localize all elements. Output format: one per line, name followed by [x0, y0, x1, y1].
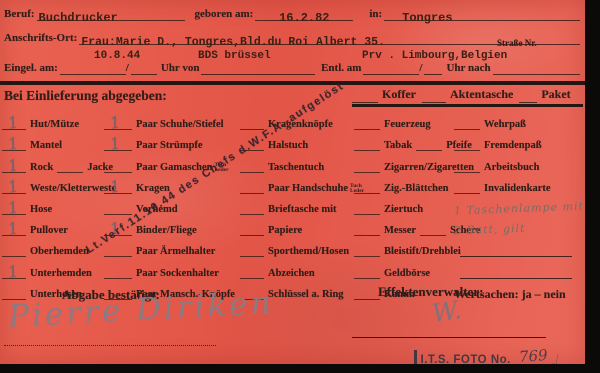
item-label: Abzeichen: [268, 268, 315, 279]
item-label: Paar Strümpfe: [136, 140, 203, 151]
effects-card: Beruf: Buchdrucker geboren am: 16.2.82 i…: [0, 0, 585, 364]
item-row: 1Unterhemden: [2, 260, 104, 281]
eingeliefert-row: Eingel. am: / Uhr von Entl. am / Uhr nac…: [4, 62, 580, 75]
item-row: Taschentuch: [240, 154, 354, 175]
eingel-hour-field: [131, 62, 157, 75]
quantity-field: [354, 141, 380, 151]
photo-backdrop-right: [585, 0, 600, 373]
item-label: Mantel: [30, 140, 62, 151]
item-row: 1Hose: [2, 197, 104, 218]
item-row: 1Weste/Kletterweste: [2, 176, 104, 197]
item-label: Brieftasche mit: [268, 204, 337, 215]
quantity-field: [354, 184, 380, 194]
quantity-field: [354, 120, 380, 130]
quantity-field: [240, 205, 264, 215]
item-label: Unterhemden: [30, 268, 92, 279]
item-label: Schlüssel a. Ring: [268, 289, 344, 300]
quantity-field: [104, 247, 132, 257]
item-label: Feuerzeug: [384, 119, 431, 130]
item-row: [454, 260, 580, 281]
items-column-clothing: 1Hut/Mütze1Mantel1RockJacke1Weste/Klette…: [2, 112, 104, 303]
quantity-field: [354, 163, 380, 173]
quantity-field: [240, 269, 264, 279]
paket-label: Paket: [537, 87, 570, 103]
item-row: Paar Ärmelhalter: [104, 239, 240, 260]
paket-count-field: [519, 92, 537, 103]
quantity-field: [240, 226, 264, 236]
item-row: 1Pullover: [2, 218, 104, 239]
quantity-field: [354, 247, 380, 257]
item-row: 1Hut/Mütze: [2, 112, 104, 133]
item-label: Paar Schuhe/Stiefel: [136, 119, 224, 130]
item-row: Papiere: [240, 218, 354, 239]
items-column-smallitems: FeuerzeugTabakPfeifeZigarren/ZigarettenZ…: [354, 112, 454, 303]
eingel-date-field: [60, 62, 126, 75]
quantity-field: [104, 269, 132, 279]
quantity-field: [240, 184, 264, 194]
item-row: Geldbörse: [354, 260, 454, 281]
item-row: 2 Batt, gilt: [454, 218, 580, 239]
geboren-label: geboren am:: [195, 9, 256, 21]
quantity-field: [354, 226, 380, 236]
container-header: Koffer Aktentasche Paket: [352, 87, 583, 103]
beruf-field: Buchdrucker: [37, 8, 185, 21]
item-label: Invalidenkarte: [484, 183, 551, 194]
verwalter-initials: W.: [430, 295, 463, 328]
item-label: Papiere: [268, 225, 302, 236]
item-label: Paar Handschuhe: [268, 183, 348, 194]
item-row: Fremdenpaß: [454, 133, 580, 154]
item-label: Oberhemden: [30, 246, 89, 257]
province-value: Prv . Limbourg,Belgien: [362, 50, 507, 62]
effektenverwalter-label: Effektenverwalter:: [378, 284, 483, 300]
beruf-row: Beruf: Buchdrucker geboren am: 16.2.82 i…: [4, 8, 580, 21]
handwritten-annotation: 2 Batt, gilt: [454, 222, 526, 237]
item-label: Halstuch: [268, 140, 308, 151]
quantity-field: [240, 120, 264, 130]
quantity-field: [104, 163, 132, 173]
quantity-field: [354, 269, 380, 279]
item-row: Paar Sockenhalter: [104, 260, 240, 281]
item-label: Fremdenpaß: [484, 140, 542, 151]
item-label: Paar Ärmelhalter: [136, 246, 215, 257]
aktentasche-count-field: [422, 92, 446, 103]
item-label: Hose: [30, 204, 52, 215]
section-divider: [0, 81, 585, 85]
item-row: Sporthemd/Hosen: [240, 239, 354, 260]
item-row: 1RockJacke: [2, 154, 104, 175]
uhr-von-label: Uhr von: [161, 63, 202, 75]
item-label: Taschentuch: [268, 162, 324, 173]
item-label: Ziertuch: [384, 204, 423, 215]
item-row: Wehrpaß: [454, 112, 580, 133]
items-column-footwear: 1Paar Schuhe/Stiefel1Paar StrümpfePaar G…: [104, 112, 240, 303]
quantity-field: [454, 184, 480, 194]
koffer-label: Koffer: [378, 87, 418, 103]
quantity-field: [240, 247, 264, 257]
item-row: Abzeichen: [240, 260, 354, 281]
quantity-field: [454, 120, 480, 130]
anschrift-row: Anschrifts-Ort: Frau:Marie D., Tongres,B…: [4, 32, 580, 45]
beruf-label: Beruf:: [4, 9, 37, 21]
item-row: TabakPfeife: [354, 133, 454, 154]
item-label: Pullover: [30, 225, 68, 236]
item-label: Geldbörse: [384, 268, 430, 279]
item-label: Tabak: [384, 140, 412, 151]
item-row: 1Mantel: [2, 133, 104, 154]
quantity-field: [454, 163, 480, 173]
section-heading: Bei Einlieferung abgegeben:: [4, 88, 167, 104]
eingel-label: Eingel. am:: [4, 63, 60, 75]
uhr-nach-label: Uhr nach: [446, 63, 492, 75]
item-row: [454, 239, 580, 260]
strasse-label: Straße Nr.: [497, 38, 537, 48]
item-row: Invalidenkarte: [454, 176, 580, 197]
geboren-value: 16.2.82: [279, 11, 329, 25]
item-label: Arbeitsbuch: [484, 162, 539, 173]
item-label: Wehrpaß: [484, 119, 526, 130]
nach-field: [493, 62, 580, 75]
item-row: Zig.-Blättchen: [354, 176, 454, 197]
entl-date-field: [363, 62, 419, 75]
beruf-value: Buchdrucker: [37, 11, 118, 25]
blank-line: [460, 247, 572, 257]
item-row: Brieftasche mit: [240, 197, 354, 218]
quantity-field: [2, 247, 26, 257]
photo-backdrop-bottom: [0, 364, 600, 373]
anschrift-label: Anschrifts-Ort:: [4, 33, 79, 45]
item-label: Paar Sockenhalter: [136, 268, 219, 279]
container-header-rule: [352, 104, 583, 107]
item-row: Arbeitsbuch: [454, 154, 580, 175]
in-field: Tongres: [384, 8, 580, 21]
item-row: Paar HandschuheTuchLeder: [240, 176, 354, 197]
quantity-field: [354, 205, 380, 215]
aktentasche-label: Aktentasche: [446, 87, 515, 103]
blank-line: [460, 269, 572, 279]
items-column-documents: WehrpaßFremdenpaßArbeitsbuchInvalidenkar…: [454, 112, 580, 303]
quantity-field: [354, 290, 380, 300]
quantity-field: [454, 141, 480, 151]
item-label: Bleistift/Drehblei: [384, 246, 461, 257]
koffer-count-field: [352, 92, 378, 103]
item-label: Sporthemd/Hosen: [268, 246, 349, 257]
quantity-field: [416, 141, 442, 151]
item-label: Messer: [384, 225, 416, 236]
verwalter-line: [352, 337, 546, 338]
in-label: in:: [369, 9, 384, 21]
geboren-field: 16.2.82: [255, 8, 353, 21]
item-row: 1Paar Strümpfe: [104, 133, 240, 154]
item-row: 1 Taschenlampe mit: [454, 197, 580, 218]
signature-line: [4, 345, 216, 346]
von-field: [201, 62, 315, 75]
anschrift-value: Frau:Marie D., Tongres,Bld.du Roi Albert…: [79, 36, 385, 49]
item-label: Zig.-Blättchen: [384, 183, 448, 194]
item-label: Hut/Mütze: [30, 119, 79, 130]
in-value: Tongres: [384, 11, 452, 25]
quantity-field: [57, 163, 83, 173]
item-row: 1Paar Schuhe/Stiefel: [104, 112, 240, 133]
office-value: BDS brüssel: [198, 50, 271, 62]
item-label: Binder/Fliege: [136, 225, 197, 236]
entl-hour-field: [424, 62, 442, 75]
item-row: Bleistift/Drehblei: [354, 239, 454, 260]
item-row: Zigarren/Zigaretten: [354, 154, 454, 175]
quantity-field: [240, 163, 264, 173]
item-row: MesserSchere: [354, 218, 454, 239]
entl-label: Entl. am: [321, 63, 363, 75]
item-label: Rock: [30, 162, 53, 173]
handwritten-annotation: 1 Taschenlampe mit: [454, 200, 584, 218]
quantity-field: [104, 205, 132, 215]
date-value: 10.8.44: [94, 50, 140, 62]
item-row: Feuerzeug: [354, 112, 454, 133]
quantity-field: [420, 226, 446, 236]
item-row: Ziertuch: [354, 197, 454, 218]
